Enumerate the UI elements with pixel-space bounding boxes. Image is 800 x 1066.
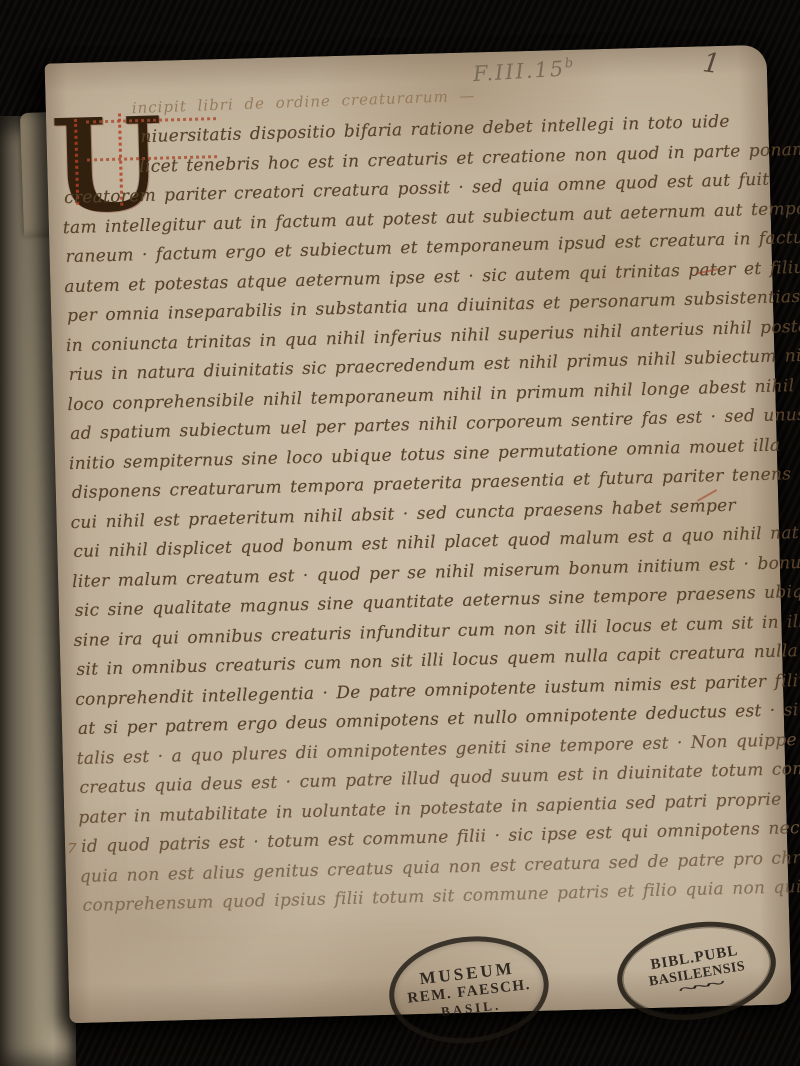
rubric-incipit: incipit libri de ordine creaturarum — bbox=[131, 87, 475, 118]
shelfmark-annotation: F.III.15b bbox=[472, 56, 576, 86]
stamp-bibl-publ-basel: BIBL.PUBLBASILEENSIS~~~ bbox=[610, 910, 784, 1031]
shelfmark-text: F.III.15 bbox=[472, 57, 566, 87]
shelfmark-superscript: b bbox=[564, 56, 575, 72]
stamp-museum-faesch: MUSEUMREM. FAESCH.BASIL. bbox=[383, 928, 554, 1051]
margin-correction-mark: 7 bbox=[67, 841, 77, 858]
stamp-flourish: ~~~ bbox=[678, 979, 721, 996]
folio-number: 1 bbox=[701, 47, 722, 80]
photo-backdrop: F.III.15b 1 incipit libri de ordine crea… bbox=[0, 0, 800, 1066]
text-block: niuersitatis dispositio bifaria ratione … bbox=[60, 107, 775, 921]
manuscript-page: F.III.15b 1 incipit libri de ordine crea… bbox=[45, 45, 792, 1024]
